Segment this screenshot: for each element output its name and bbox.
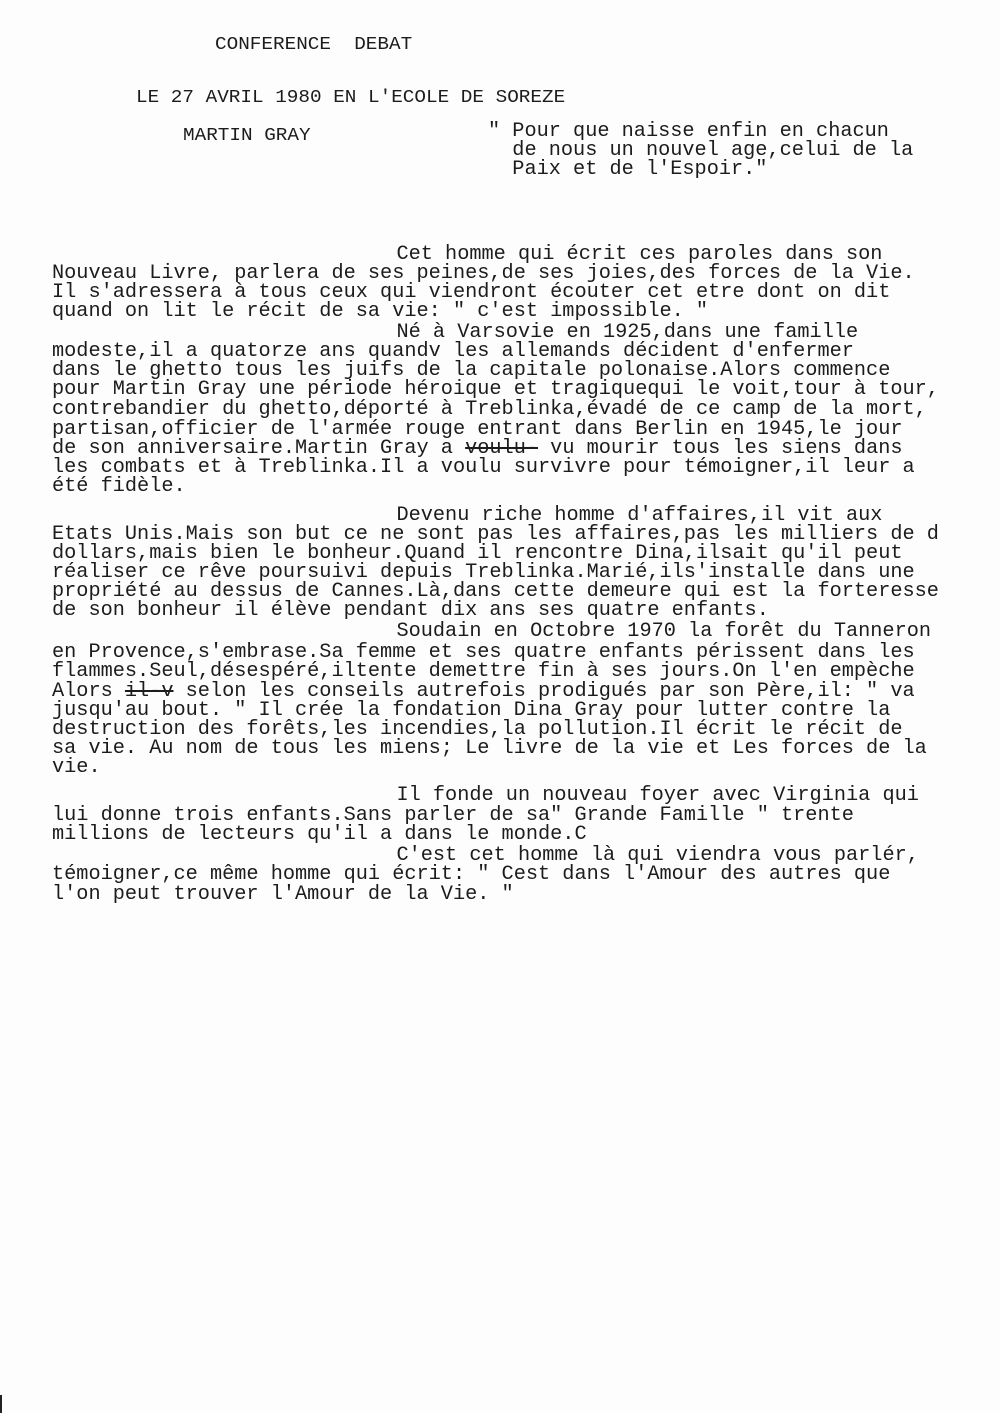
event-date-place: LE 27 AVRIL 1980 EN L'ECOLE DE SOREZE xyxy=(136,88,565,108)
body-line: l'on peut trouver l'Amour de la Vie. " xyxy=(52,885,514,905)
body-line: témoigner,ce même homme qui écrit: " Ces… xyxy=(52,865,890,885)
body-line: quand on lit le récit de sa vie: " c'est… xyxy=(52,302,708,322)
speaker-name: MARTIN GRAY xyxy=(183,126,311,146)
scan-edge-mark xyxy=(0,1395,2,1413)
body-line: Il fonde un nouveau foyer avec Virginia … xyxy=(117,786,919,806)
body-line: vie. xyxy=(52,758,101,778)
body-line: millions de lecteurs qu'il a dans le mon… xyxy=(52,825,587,845)
body-line: sa vie. Au nom de tous les miens; Le liv… xyxy=(52,739,927,759)
body-line: contrebandier du ghetto,déporté à Trebli… xyxy=(52,400,927,420)
typed-document-page: CONFERENCE DEBAT LE 27 AVRIL 1980 EN L'E… xyxy=(0,0,1000,1413)
body-line: Soudain en Octobre 1970 la forêt du Tann… xyxy=(117,622,931,642)
epigraph-line: Paix et de l'Espoir." xyxy=(488,160,767,180)
body-line: flammes.Seul,désespéré,iltente demettre … xyxy=(52,662,915,682)
body-line: de son bonheur il élève pendant dix ans … xyxy=(52,601,769,621)
document-title: CONFERENCE DEBAT xyxy=(215,35,412,55)
body-line: pour Martin Gray une période héroique et… xyxy=(52,380,939,400)
body-line: été fidèle. xyxy=(52,477,186,497)
